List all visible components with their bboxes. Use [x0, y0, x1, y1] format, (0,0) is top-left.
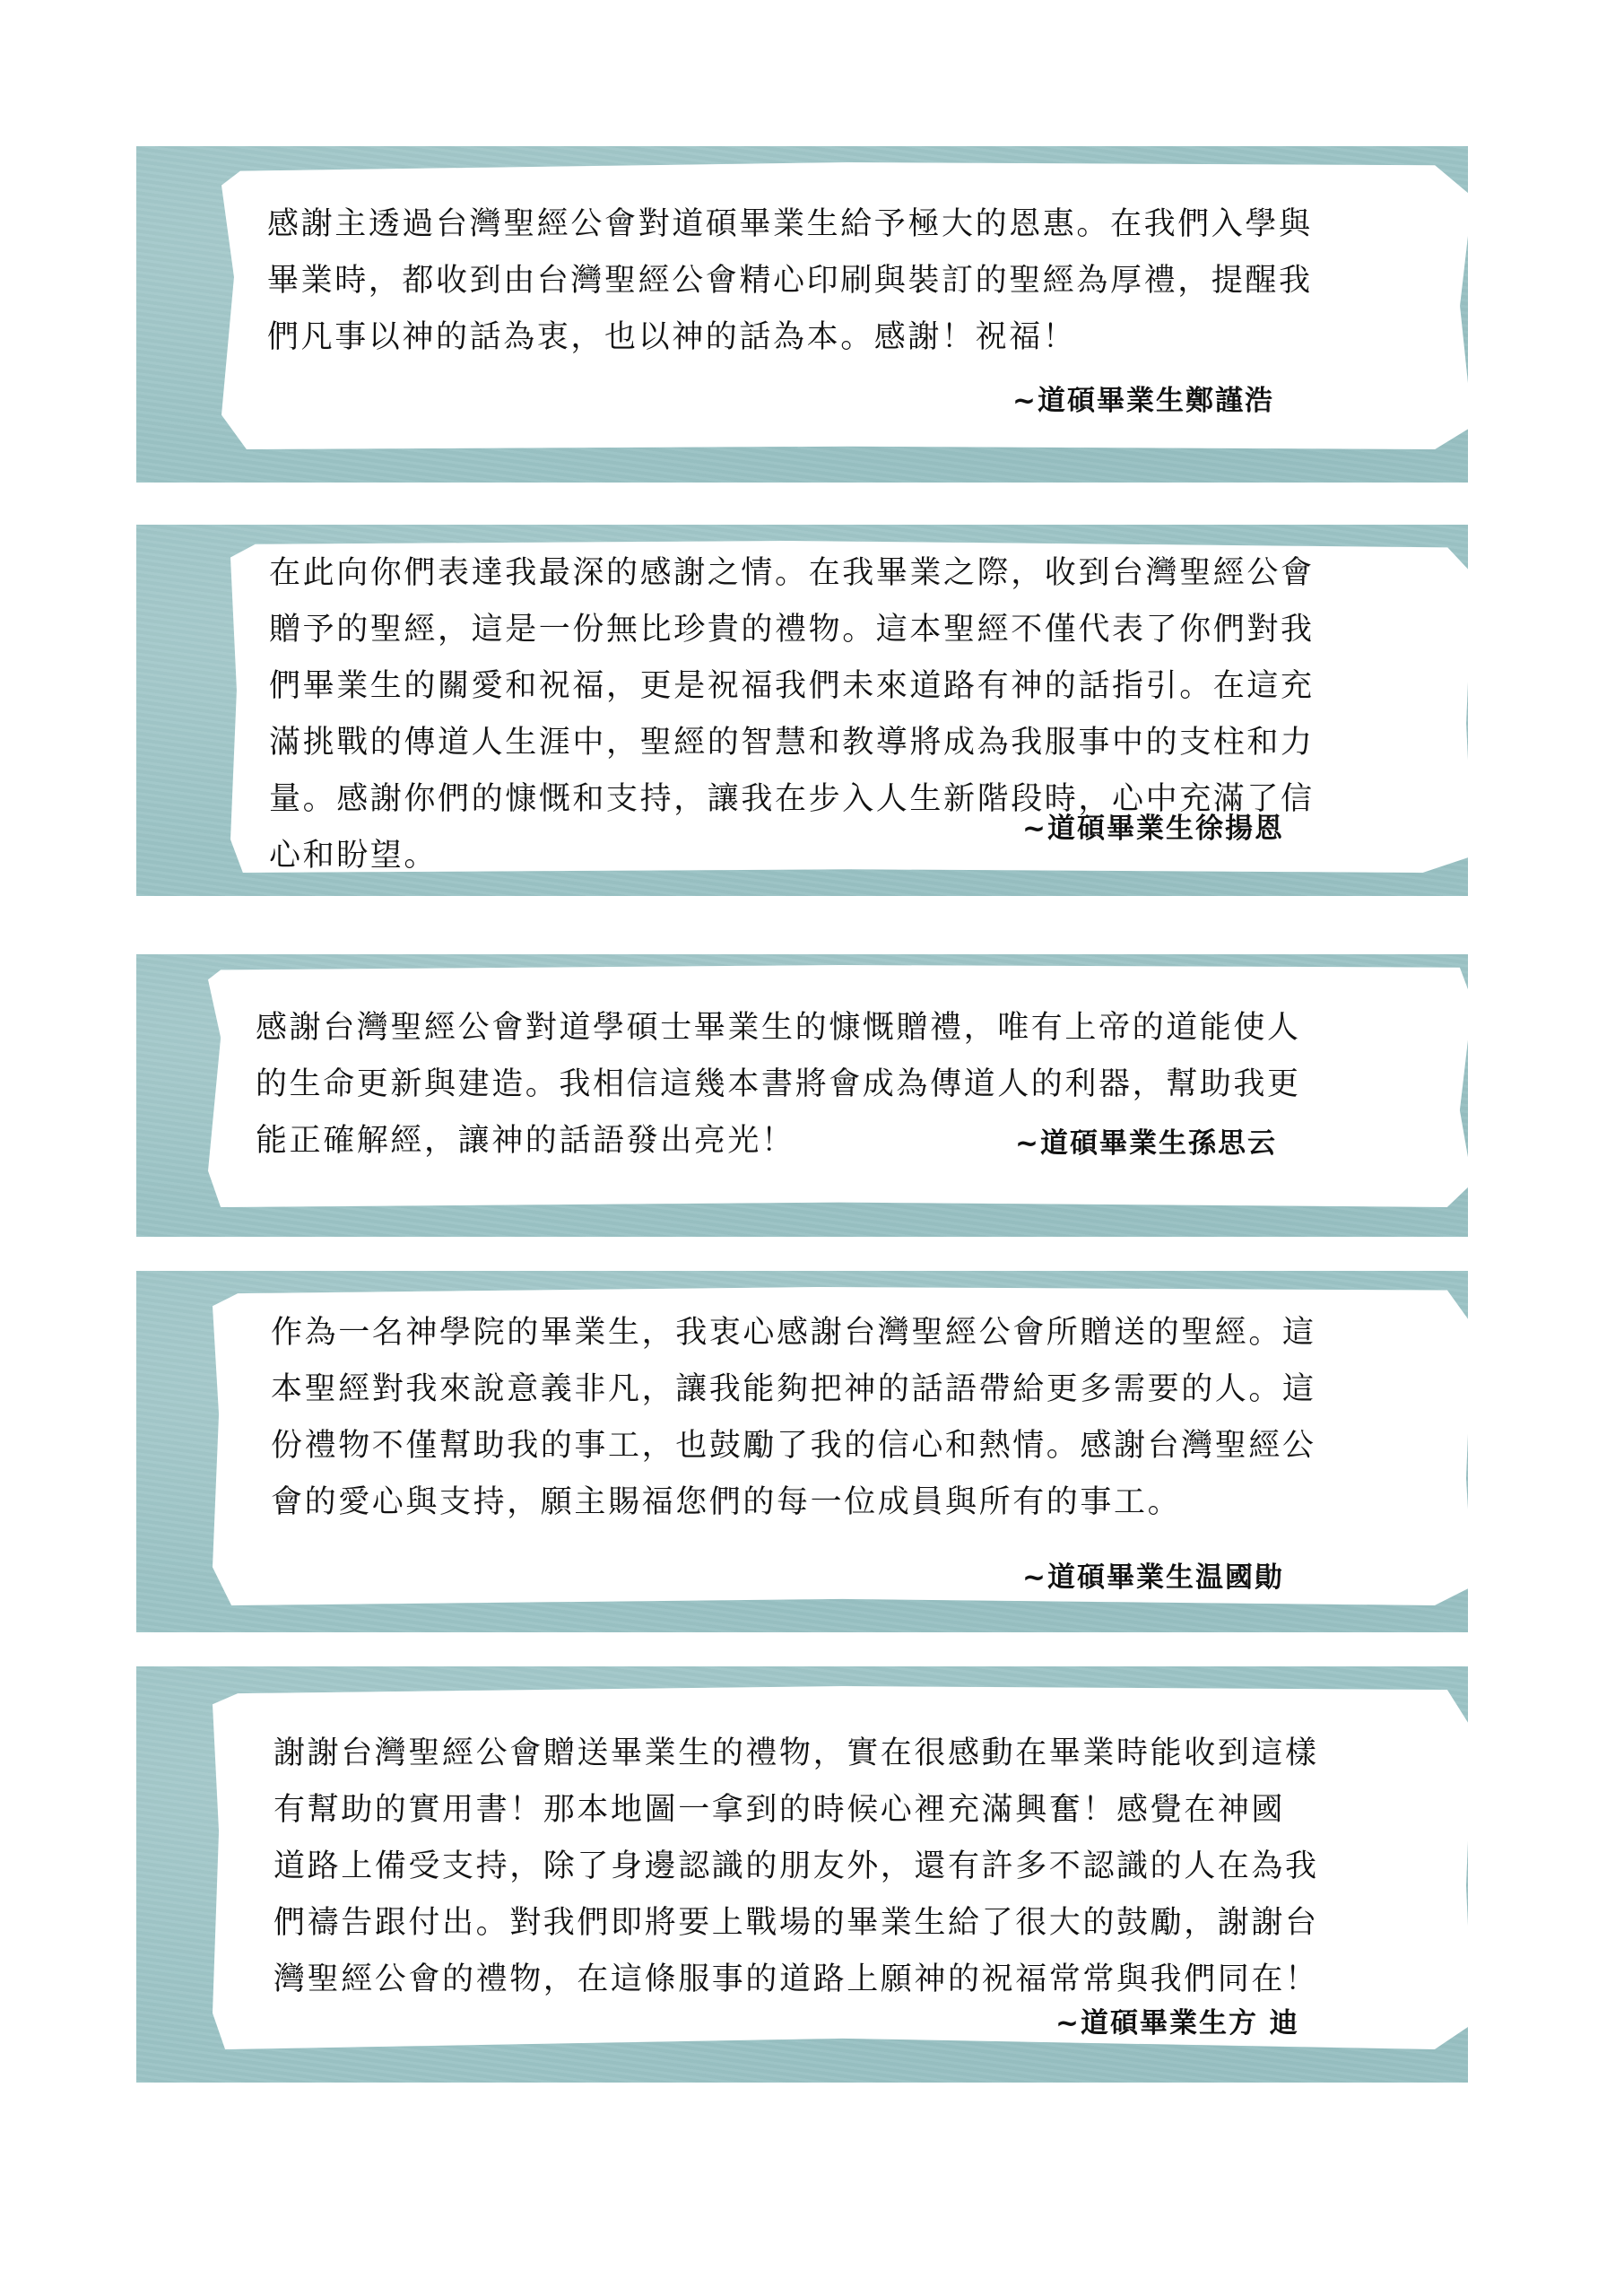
testimonial-signature: ~道碩畢業生温國勛 [1022, 1554, 1284, 1595]
testimonial-text: 謝謝台灣聖經公會贈送畢業生的禮物，實在很感動在畢業時能收到這樣 有幫助的實用書！… [274, 1726, 1319, 2008]
text-line: 們禱告跟付出。對我們即將要上戰場的畢業生給了很大的鼓勵，謝謝台 [274, 1895, 1319, 1952]
text-line: 在此向你們表達我最深的感謝之情。在我畢業之際，收到台灣聖經公會 [269, 545, 1315, 602]
testimonial-text: 感謝主透過台灣聖經公會對道碩畢業生給予極大的恩惠。在我們入學與 畢業時，都收到由… [267, 196, 1313, 366]
testimonial-panel-2: 在此向你們表達我最深的感謝之情。在我畢業之際，收到台灣聖經公會 贈予的聖經，這是… [136, 525, 1468, 896]
text-line: 們畢業生的關愛和祝福，更是祝福我們未來道路有神的話指引。在這充 [269, 658, 1315, 715]
testimonial-panel-1: 感謝主透過台灣聖經公會對道碩畢業生給予極大的恩惠。在我們入學與 畢業時，都收到由… [136, 146, 1468, 483]
text-line: 滿挑戰的傳道人生涯中，聖經的智慧和教導將成為我服事中的支柱和力 [269, 715, 1315, 771]
testimonial-panel-4: 作為一名神學院的畢業生，我衷心感謝台灣聖經公會所贈送的聖經。這 本聖經對我來說意… [136, 1271, 1468, 1632]
text-line: 會的愛心與支持，願主賜福您們的每一位成員與所有的事工。 [271, 1474, 1316, 1531]
text-line: 感謝主透過台灣聖經公會對道碩畢業生給予極大的恩惠。在我們入學與 [267, 196, 1313, 253]
testimonial-text: 作為一名神學院的畢業生，我衷心感謝台灣聖經公會所贈送的聖經。這 本聖經對我來說意… [271, 1305, 1316, 1531]
text-line: 作為一名神學院的畢業生，我衷心感謝台灣聖經公會所贈送的聖經。這 [271, 1305, 1316, 1361]
text-line: 本聖經對我來說意義非凡，讓我能夠把神的話語帶給更多需要的人。這 [271, 1361, 1316, 1418]
testimonial-signature: ~道碩畢業生孫思云 [1015, 1120, 1277, 1161]
testimonial-signature: ~道碩畢業生方 迪 [1055, 2000, 1299, 2040]
testimonial-panel-5: 謝謝台灣聖經公會贈送畢業生的禮物，實在很感動在畢業時能收到這樣 有幫助的實用書！… [136, 1666, 1468, 2083]
text-line: 們凡事以神的話為衷，也以神的話為本。感謝！祝福！ [267, 309, 1313, 366]
testimonial-signature: ~道碩畢業生徐揚恩 [1022, 805, 1284, 846]
text-line: 感謝台灣聖經公會對道學碩士畢業生的慷慨贈禮，唯有上帝的道能使人 [256, 1000, 1301, 1057]
text-line: 畢業時，都收到由台灣聖經公會精心印刷與裝訂的聖經為厚禮，提醒我 [267, 253, 1313, 309]
text-line: 道路上備受支持，除了身邊認識的朋友外，還有許多不認識的人在為我 [274, 1839, 1319, 1895]
text-line: 的生命更新與建造。我相信這幾本書將會成為傳道人的利器，幫助我更 [256, 1057, 1301, 1113]
testimonial-panel-3: 感謝台灣聖經公會對道學碩士畢業生的慷慨贈禮，唯有上帝的道能使人 的生命更新與建造… [136, 954, 1468, 1237]
text-line: 謝謝台灣聖經公會贈送畢業生的禮物，實在很感動在畢業時能收到這樣 [274, 1726, 1319, 1782]
text-line: 贈予的聖經，這是一份無比珍貴的禮物。這本聖經不僅代表了你們對我 [269, 602, 1315, 658]
text-line: 份禮物不僅幫助我的事工，也鼓勵了我的信心和熱情。感謝台灣聖經公 [271, 1418, 1316, 1474]
testimonial-signature: ~道碩畢業生鄭謹浩 [1012, 378, 1274, 418]
text-line: 有幫助的實用書！那本地圖一拿到的時候心裡充滿興奮！感覺在神國 [274, 1782, 1319, 1839]
